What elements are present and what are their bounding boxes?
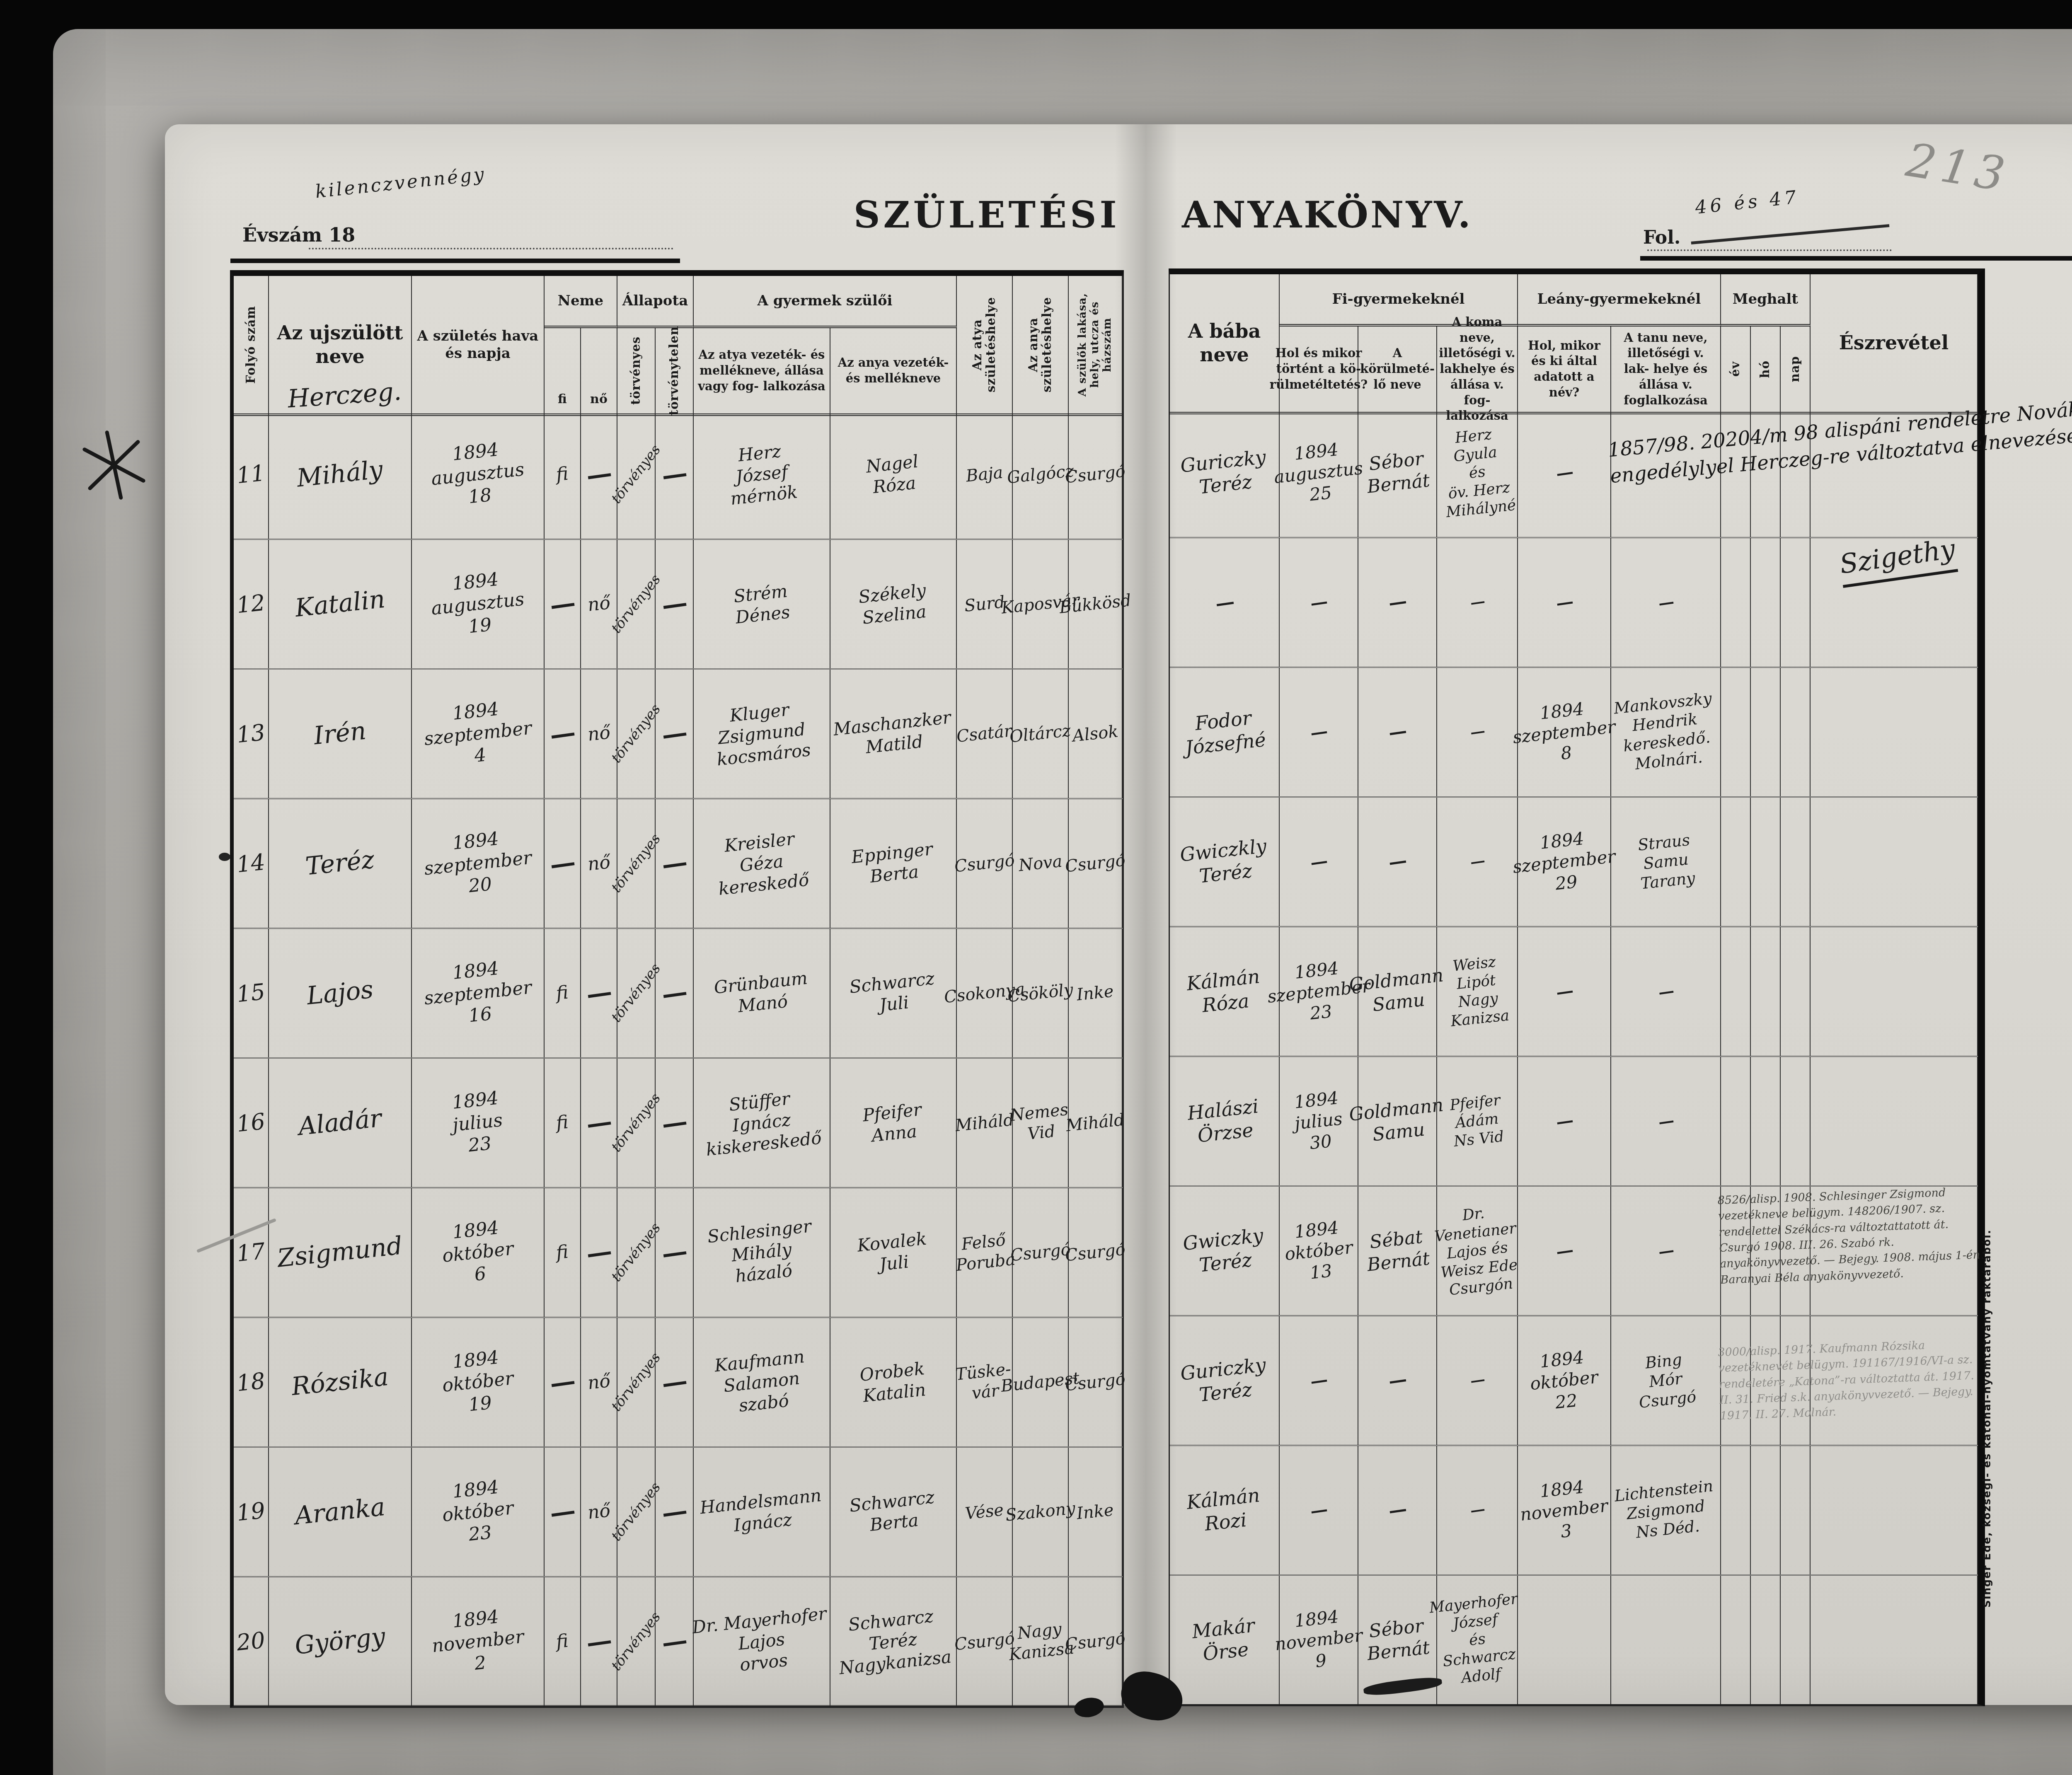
child-name-cell: Aranka (269, 1448, 412, 1576)
row-number: 11 (235, 459, 266, 490)
death-day-cell (1781, 1057, 1811, 1185)
row-number: 12 (235, 589, 266, 619)
status-torvenytelen-mark: — (660, 716, 689, 751)
circumcision-when: 1894 augusztus 25 (1271, 436, 1366, 509)
status-torvenytelen-mark: — (660, 1494, 689, 1529)
midwife-name-cell: Makár Örse (1170, 1576, 1280, 1704)
parents-residence-cell: Csurgó (1069, 1577, 1123, 1706)
sex-no-mark-cell: — (581, 1059, 617, 1187)
mother-birthplace-cell: Szakony (1013, 1448, 1069, 1576)
status-torvenytelen-mark: — (660, 587, 689, 621)
child-name-cell: Zsigmund (269, 1188, 412, 1317)
koma-name: Herz Gyula és öv. Herz Mihályné (1438, 424, 1517, 522)
father-birthplace: Miháld (954, 1110, 1014, 1136)
mother-birthplace-cell: Csurgó (1013, 1188, 1069, 1317)
father-birthplace-cell: Baja (957, 410, 1013, 539)
status-torvenytelen-mark: — (660, 1235, 689, 1270)
circumciser-name-cell: — (1358, 668, 1437, 796)
status-torvenytelen-mark-cell: — (656, 1448, 694, 1576)
death-day-cell (1781, 927, 1811, 1056)
parents-residence: Csurgó (1064, 1369, 1126, 1395)
row-number-cell: 15 (234, 929, 269, 1057)
koma-name: — (1469, 1371, 1486, 1390)
circumciser-name: Goldmann Samu (1348, 965, 1447, 1019)
status-torvenytelen-mark: — (660, 457, 689, 491)
row-number: 15 (235, 978, 266, 1008)
birth-date-cell: 1894 julius 23 (412, 1059, 545, 1187)
witness-name: — (1657, 592, 1674, 613)
death-month-cell (1751, 668, 1781, 796)
midwife-name: Guriczky Teréz (1179, 1353, 1270, 1408)
row-number-cell: 16 (234, 1059, 269, 1187)
circumciser-name-cell: Sébat Bernát (1358, 1187, 1437, 1315)
status-torvenytelen-mark-cell: — (656, 929, 694, 1057)
parents-residence: Inke (1076, 981, 1115, 1005)
row-number-cell: 17 (234, 1188, 269, 1317)
koma-name-cell: Pfeifer Ádám Ns Vid (1437, 1057, 1518, 1185)
naming-when-cell: — (1518, 1187, 1611, 1315)
circumcision-when: 1894 október 13 (1281, 1216, 1356, 1286)
circumcision-when: — (1309, 1499, 1329, 1522)
midwife-name: Halászi Örzse (1186, 1094, 1262, 1148)
naming-when-cell: — (1518, 1057, 1611, 1185)
mother-birthplace-cell: Nemes Vid (1013, 1059, 1069, 1187)
mother-name: Schwarcz Juli (849, 967, 938, 1018)
father-name-occupation-cell: Kluger Zsigmund kocsmáros (694, 670, 830, 798)
parents-residence-cell: Miháld (1069, 1059, 1123, 1187)
koma-name: Mayerhofer József és Schwarcz Adolf (1428, 1590, 1526, 1690)
child-name-cell: Teréz (269, 799, 412, 928)
header-szulok-lakasa: A szülők lakása, hely, utcza és házszám (1069, 276, 1123, 414)
witness-name-cell: — (1611, 538, 1721, 667)
header-no: nő (581, 328, 617, 414)
scanned-registry-page: Évszám 18 kilenczvennégy SZÜLETÉSI ANYAK… (0, 0, 2072, 1775)
status-torvenytelen-mark-cell: — (656, 799, 694, 928)
circumciser-name-cell: Goldmann Samu (1358, 927, 1437, 1056)
midwife-name-cell: Guriczky Teréz (1170, 1316, 1280, 1445)
naming-when: — (1554, 980, 1574, 1003)
mother-birthplace: Oltárcz (1009, 721, 1072, 747)
mother-name: Orobek Katalin (859, 1358, 928, 1407)
register-row: Kálmán Rozi———1894 november 3Lichtenstei… (1170, 1445, 1978, 1574)
parents-residence: Alsok (1071, 721, 1119, 746)
parents-residence-cell: Bükkösd (1069, 540, 1123, 668)
header-torvenytelen: törvénytelen (656, 328, 694, 414)
naming-when-cell: 1894 november 3 (1518, 1446, 1611, 1574)
birth-date-cell: 1894 szeptember 20 (412, 799, 545, 928)
naming-when: 1894 szeptember 8 (1510, 695, 1619, 769)
father-name-occupation: Grünbaum Manó (713, 967, 811, 1019)
father-name-occupation-cell: Handelsmann Ignácz (694, 1448, 830, 1576)
register-row: 11MihályHerczeg.1894 augusztus 18fi—törv… (234, 410, 1123, 539)
header-szulok-lakasa-label: A szülők lakása, hely, utcza és házszám (1077, 278, 1114, 412)
register-row: 20György1894 november 2fi—törvényes—Dr. … (234, 1576, 1123, 1706)
witness-name-cell: Bing Mór Csurgó (1611, 1316, 1721, 1445)
midwife-name-cell: Guriczky Teréz (1170, 409, 1280, 537)
sex-fi-mark-cell: — (545, 1448, 581, 1576)
header-fi: fi (545, 328, 581, 414)
child-name: Zsigmund (276, 1231, 404, 1274)
father-name-occupation-cell: Kreisler Géza kereskedő (694, 799, 830, 928)
status-torvenyes-mark-cell: törvényes (617, 1059, 656, 1187)
birth-date: 1894 szeptember 20 (421, 825, 535, 902)
register-row: Kálmán Róza1894 szeptember 23Goldmann Sa… (1170, 926, 1978, 1056)
header-baba-neve: A bába neve (1170, 274, 1280, 412)
midwife-name: Gwiczkly Teréz (1179, 834, 1270, 889)
witness-name-cell: Mankovszky Hendrik kereskedő. Molnári. (1611, 668, 1721, 796)
mother-birthplace: Csököly (1007, 979, 1074, 1006)
midwife-name: Gwiczky Teréz (1182, 1224, 1267, 1278)
naming-when-cell: — (1518, 927, 1611, 1056)
father-birthplace: Baja (965, 462, 1004, 486)
midwife-name-cell: Halászi Örzse (1170, 1057, 1280, 1185)
header-torvenyes: törvényes (617, 328, 656, 414)
evszam-label: Évszám 18 (242, 224, 355, 246)
row-number: 16 (235, 1108, 266, 1138)
circumciser-name: — (1387, 1368, 1407, 1393)
register-row: 13Irén1894 szeptember 4—nőtörvényes—Klug… (234, 668, 1123, 798)
circumciser-name-cell: — (1358, 798, 1437, 926)
remark-cell (1811, 1446, 1978, 1574)
folio-label: Fol. (1643, 227, 1680, 248)
sex-no-mark-cell: — (581, 410, 617, 539)
register-row: Fodor Józsefné———1894 szeptember 8Mankov… (1170, 667, 1978, 796)
status-torvenytelen-mark: — (660, 976, 689, 1010)
circumcision-when: 1894 november 9 (1271, 1603, 1365, 1676)
row-number-cell: 18 (234, 1318, 269, 1446)
midwife-name-cell: Kálmán Rozi (1170, 1446, 1280, 1574)
circumcision-when-cell: — (1280, 798, 1358, 926)
evszam-rule (230, 259, 680, 263)
header-folyo-szam: Folyó szám (234, 276, 269, 414)
naming-when: — (1554, 1239, 1574, 1262)
ink-blot (219, 853, 230, 861)
register-row: Halászi Örzse1894 julius 30Goldmann Samu… (1170, 1056, 1978, 1185)
mother-name-cell: Eppinger Berta (830, 799, 957, 928)
sex-no-mark-cell: nő (581, 799, 617, 928)
sex-no-mark-cell: nő (581, 1448, 617, 1576)
circumciser-name-cell: Sébor Bernát (1358, 409, 1437, 537)
mother-name: Pfeifer Anna (862, 1099, 925, 1147)
printer-credit-vertical: Singer Ede, községi- és katonai-nyomtatv… (1981, 1173, 1993, 1608)
parents-residence: Csurgó (1064, 1239, 1126, 1266)
header-torvenytelen-label: törvénytelen (667, 326, 681, 416)
witness-name: Bing Mór Csurgó (1634, 1349, 1697, 1412)
remark-cell (1811, 1576, 1978, 1704)
witness-name: — (1657, 1111, 1674, 1132)
koma-name: — (1469, 852, 1486, 872)
midwife-name-cell: Fodor Józsefné (1170, 668, 1280, 796)
header-tanu-neve: A tanu neve, illetőségi v. lak- helye és… (1611, 326, 1721, 412)
sex-no-mark-cell: nő (581, 540, 617, 668)
header-meghalt-ev: év (1721, 326, 1751, 412)
death-day-cell (1781, 538, 1811, 667)
header-meghalt-ho-label: hó (1758, 360, 1772, 378)
status-torvenytelen-mark-cell: — (656, 1188, 694, 1317)
koma-name-cell: — (1437, 798, 1518, 926)
mother-name-cell: Maschanzker Matild (830, 670, 957, 798)
naming-when-cell: 1894 szeptember 29 (1518, 798, 1611, 926)
midwife-name-cell: Kálmán Róza (1170, 927, 1280, 1056)
annotation-row17-name-change: 8526/alisp. 1908. Schlesinger Zsigmond v… (1717, 1184, 1984, 1288)
birth-date-cell: 1894 október 6 (412, 1188, 545, 1317)
child-name-cell: György (269, 1577, 412, 1706)
father-birthplace-cell: Csatár (957, 670, 1013, 798)
header-korulmeteltetes: Hol és mikor történt a kö- rülmetéltetés… (1280, 326, 1358, 412)
koma-name-cell: — (1437, 1446, 1518, 1574)
naming-when: 1894 október 22 (1527, 1345, 1602, 1416)
header-torvenyes-label: törvényes (629, 336, 643, 405)
father-birthplace-cell: Vése (957, 1448, 1013, 1576)
sex-fi-mark: — (548, 1494, 577, 1529)
sex-no-mark-cell: — (581, 1188, 617, 1317)
circumcision-when: — (1309, 721, 1329, 744)
header-eszrevetel: Észrevétel (1811, 274, 1978, 412)
death-month-cell (1751, 1446, 1781, 1574)
register-row: Gwiczkly Teréz———1894 szeptember 29Strau… (1170, 796, 1978, 926)
mother-name-cell: Nagel Róza (830, 410, 957, 539)
sex-no-mark-cell: — (581, 1577, 617, 1706)
sex-no-mark: nő (586, 1499, 611, 1524)
header-folyo-szam-label: Folyó szám (244, 306, 258, 384)
birth-date-cell: 1894 november 2 (412, 1577, 545, 1706)
circumciser-name-cell: — (1358, 1316, 1437, 1445)
father-name-occupation-cell: Schlesinger Mihály házaló (694, 1188, 830, 1317)
father-name-occupation: Kreisler Géza kereskedő (713, 827, 810, 900)
sex-fi-mark: fi (555, 463, 570, 486)
father-name-occupation-cell: Stüffer Ignácz kiskereskedő (694, 1059, 830, 1187)
circumcision-when-cell: 1894 augusztus 25 (1280, 409, 1358, 537)
birth-date-cell: 1894 október 23 (412, 1448, 545, 1576)
naming-when-cell: 1894 szeptember 8 (1518, 668, 1611, 796)
parents-residence: Csurgó (1064, 1628, 1126, 1655)
row-number-cell: 19 (234, 1448, 269, 1576)
child-name: Katalin (294, 584, 387, 624)
death-year-cell (1721, 1057, 1751, 1185)
father-name-occupation: Kluger Zsigmund kocsmáros (712, 697, 812, 771)
sex-fi-mark: fi (555, 1630, 570, 1653)
birth-date-cell: 1894 október 19 (412, 1318, 545, 1446)
sex-no-mark: nő (586, 592, 611, 616)
circumcision-when-cell: 1894 november 9 (1280, 1576, 1358, 1704)
witness-name: Mankovszky Hendrik kereskedő. Molnári. (1613, 689, 1719, 775)
witness-name-cell: Straus Samu Tarany (1611, 798, 1721, 926)
parents-residence-cell: Csurgó (1069, 1188, 1123, 1317)
father-birthplace: Surd (963, 592, 1005, 617)
birth-date: 1894 november 2 (428, 1603, 527, 1679)
koma-name-cell: Dr. Venetianer Lajos és Weisz Ede Csurgó… (1437, 1187, 1518, 1315)
death-year-cell (1721, 798, 1751, 926)
parents-residence: Inke (1076, 1500, 1115, 1524)
sex-fi-mark-cell: fi (545, 929, 581, 1057)
circumciser-name: — (1387, 590, 1407, 614)
circumcision-when-cell: 1894 október 13 (1280, 1187, 1358, 1315)
circumciser-name: Sébor Bernát (1364, 1615, 1431, 1666)
header-meghalt-ev-label: év (1728, 361, 1742, 377)
status-torvenytelen-mark-cell: — (656, 670, 694, 798)
header-meghalt: Meghalt (1721, 274, 1811, 326)
child-name-cell: Katalin (269, 540, 412, 668)
koma-name-cell: — (1437, 1316, 1518, 1445)
koma-name-cell: — (1437, 538, 1518, 667)
sex-no-mark: nő (586, 1370, 611, 1394)
mother-name-cell: Székely Szelina (830, 540, 957, 668)
folio-dotted-line (1647, 249, 1892, 251)
circumciser-name: Sébor Bernát (1364, 447, 1431, 498)
status-torvenytelen-mark-cell: — (656, 540, 694, 668)
register-row: Makár Örse1894 november 9Sébor BernátMay… (1170, 1574, 1978, 1704)
koma-name: Pfeifer Ádám Ns Vid (1449, 1091, 1505, 1151)
father-birthplace-cell: Miháld (957, 1059, 1013, 1187)
status-torvenytelen-mark-cell: — (656, 1318, 694, 1446)
child-name: Irén (312, 716, 368, 752)
child-name: Mihály (295, 455, 385, 494)
row-number-cell: 20 (234, 1577, 269, 1706)
status-torvenytelen-mark: — (660, 1105, 689, 1140)
mother-name-cell: Orobek Katalin (830, 1318, 957, 1446)
death-year-cell (1721, 1576, 1751, 1704)
birth-date: 1894 október 6 (439, 1216, 517, 1289)
parents-residence: Bükkösd (1058, 590, 1132, 618)
midwife-name: Kálmán Rozi (1186, 1483, 1264, 1537)
mother-birthplace-cell: Galgócz (1013, 410, 1069, 539)
sex-fi-mark: fi (555, 1241, 570, 1264)
status-torvenyes-mark-cell: törvényes (617, 929, 656, 1057)
naming-when-cell: — (1518, 409, 1611, 537)
header-nev-adas: Hol, mikor és ki által adatott a név? (1518, 326, 1611, 412)
right-table-rows: Guriczky Teréz1894 augusztus 25Sébor Ber… (1169, 409, 1985, 1706)
witness-name-cell: — (1611, 1057, 1721, 1185)
mother-name: Maschanzker Matild (833, 706, 954, 761)
father-birthplace: Felső Poruba (953, 1229, 1016, 1276)
left-table-rows: 11MihályHerczeg.1894 augusztus 18fi—törv… (230, 410, 1124, 1708)
row-number: 18 (235, 1367, 266, 1398)
status-torvenyes-mark-cell: törvényes (617, 540, 656, 668)
circumciser-name: Goldmann Samu (1348, 1094, 1447, 1149)
mother-name: Kovalek Juli (857, 1228, 930, 1277)
death-day-cell (1781, 1446, 1811, 1574)
witness-name: — (1657, 981, 1674, 1002)
sex-no-mark: nő (586, 721, 611, 746)
sex-fi-mark: — (548, 846, 577, 880)
father-name-occupation: Handelsmann Ignácz (699, 1485, 825, 1540)
naming-when: — (1554, 461, 1574, 484)
sex-no-mark: — (584, 1235, 613, 1270)
child-name-cell: Aladár (269, 1059, 412, 1187)
header-szuletes-hava: A születés hava és napja (412, 276, 545, 414)
midwife-name: Makár Örse (1191, 1613, 1258, 1666)
father-name-occupation-cell: Strém Dénes (694, 540, 830, 668)
sex-no-mark: nő (586, 851, 611, 875)
witness-name: Straus Samu Tarany (1636, 830, 1696, 893)
header-anya: Az anya vezeték- és mellékneve (830, 328, 957, 414)
midwife-name: Kálmán Róza (1186, 965, 1264, 1018)
status-torvenytelen-mark: — (660, 1365, 689, 1399)
circumciser-name: — (1387, 1498, 1407, 1522)
father-name-occupation-cell: Herz József mérnök (694, 410, 830, 539)
circumciser-name-cell: — (1358, 1446, 1437, 1574)
birth-date: 1894 julius 23 (449, 1087, 506, 1159)
koma-name-cell: Herz Gyula és öv. Herz Mihályné (1437, 409, 1518, 537)
birth-date-cell: 1894 augusztus 19 (412, 540, 545, 668)
sex-fi-mark: fi (555, 982, 570, 1005)
sex-fi-mark-cell: fi (545, 1577, 581, 1706)
mother-name: Schwarcz Teréz Nagykanizsa (834, 1604, 953, 1679)
sex-fi-mark: — (548, 587, 577, 621)
status-torvenytelen-mark-cell: — (656, 1577, 694, 1706)
mother-name: Nagel Róza (865, 450, 922, 498)
koma-name-cell: Weisz Lipót Nagy Kanizsa (1437, 927, 1518, 1056)
birth-date-cell: 1894 szeptember 4 (412, 670, 545, 798)
koma-name: — (1469, 1500, 1486, 1520)
sex-no-mark: — (584, 976, 613, 1010)
sex-fi-mark: fi (555, 1111, 570, 1134)
parents-residence: Csurgó (1064, 850, 1126, 877)
child-name-cell: Irén (269, 670, 412, 798)
death-day-cell (1781, 798, 1811, 926)
header-gyermek-szuloi: A gyermek szülői (694, 276, 957, 328)
death-month-cell (1751, 1576, 1781, 1704)
circumcision-when: — (1309, 591, 1329, 614)
parents-residence-cell: Csurgó (1069, 410, 1123, 539)
mother-name-cell: Schwarcz Juli (830, 929, 957, 1057)
death-day-cell (1781, 1576, 1811, 1704)
sex-fi-mark-cell: — (545, 540, 581, 668)
death-day-cell (1781, 668, 1811, 796)
header-anya-szuleteshelye-label: Az anya születéshelye (1026, 278, 1054, 412)
remark-cell (1811, 668, 1978, 796)
mother-birthplace-cell: Budapest (1013, 1318, 1069, 1446)
mother-name: Székely Szelina (857, 580, 929, 629)
sex-fi-mark: — (548, 716, 577, 751)
father-name-occupation-cell: Grünbaum Manó (694, 929, 830, 1057)
sex-fi-mark-cell: — (545, 799, 581, 928)
circumcision-when-cell: — (1280, 1316, 1358, 1445)
father-name-occupation: Kaufmann Salamon szabó (714, 1346, 810, 1419)
witness-name-cell: — (1611, 927, 1721, 1056)
witness-name-cell (1611, 1576, 1721, 1704)
status-torvenytelen-mark-cell: — (656, 410, 694, 539)
death-month-cell (1751, 538, 1781, 667)
midwife-name-cell: Gwiczky Teréz (1170, 1187, 1280, 1315)
header-meghalt-nap-label: nap (1788, 356, 1802, 382)
birth-date: 1894 szeptember 16 (421, 954, 535, 1032)
midwife-name-cell: Gwiczkly Teréz (1170, 798, 1280, 926)
parents-residence-cell: Inke (1069, 1448, 1123, 1576)
death-month-cell (1751, 1057, 1781, 1185)
mother-name-cell: Kovalek Juli (830, 1188, 957, 1317)
naming-when: 1894 november 3 (1517, 1474, 1611, 1546)
koma-name: Weisz Lipót Nagy Kanizsa (1433, 951, 1520, 1032)
header-meghalt-ho: hó (1751, 326, 1781, 412)
mother-birthplace-cell: Nagy Kanizsa (1013, 1577, 1069, 1706)
father-birthplace-cell: Csokonya (957, 929, 1013, 1057)
birth-date: 1894 október 23 (439, 1475, 517, 1549)
mother-birthplace: Nemes Vid (1009, 1100, 1071, 1146)
status-torvenyes-mark-cell: törvényes (617, 670, 656, 798)
sex-no-mark: — (584, 457, 613, 491)
father-birthplace: Csurgó (954, 850, 1016, 877)
midwife-name: Fodor Józsefné (1182, 705, 1267, 759)
register-row: 18Rózsika1894 október 19—nőtörvényes—Kau… (234, 1317, 1123, 1446)
register-row: 16Aladár1894 julius 23fi—törvényes—Stüff… (234, 1057, 1123, 1187)
right-table-header: A bába neve Fi-gyermekeknél Hol és mikor… (1169, 268, 1985, 414)
circumciser-name-cell: Goldmann Samu (1358, 1057, 1437, 1185)
sex-no-mark-cell: nő (581, 670, 617, 798)
row-number: 14 (235, 849, 266, 879)
father-birthplace: Vése (964, 1500, 1005, 1524)
status-torvenyes-mark-cell: törvényes (617, 1577, 656, 1706)
